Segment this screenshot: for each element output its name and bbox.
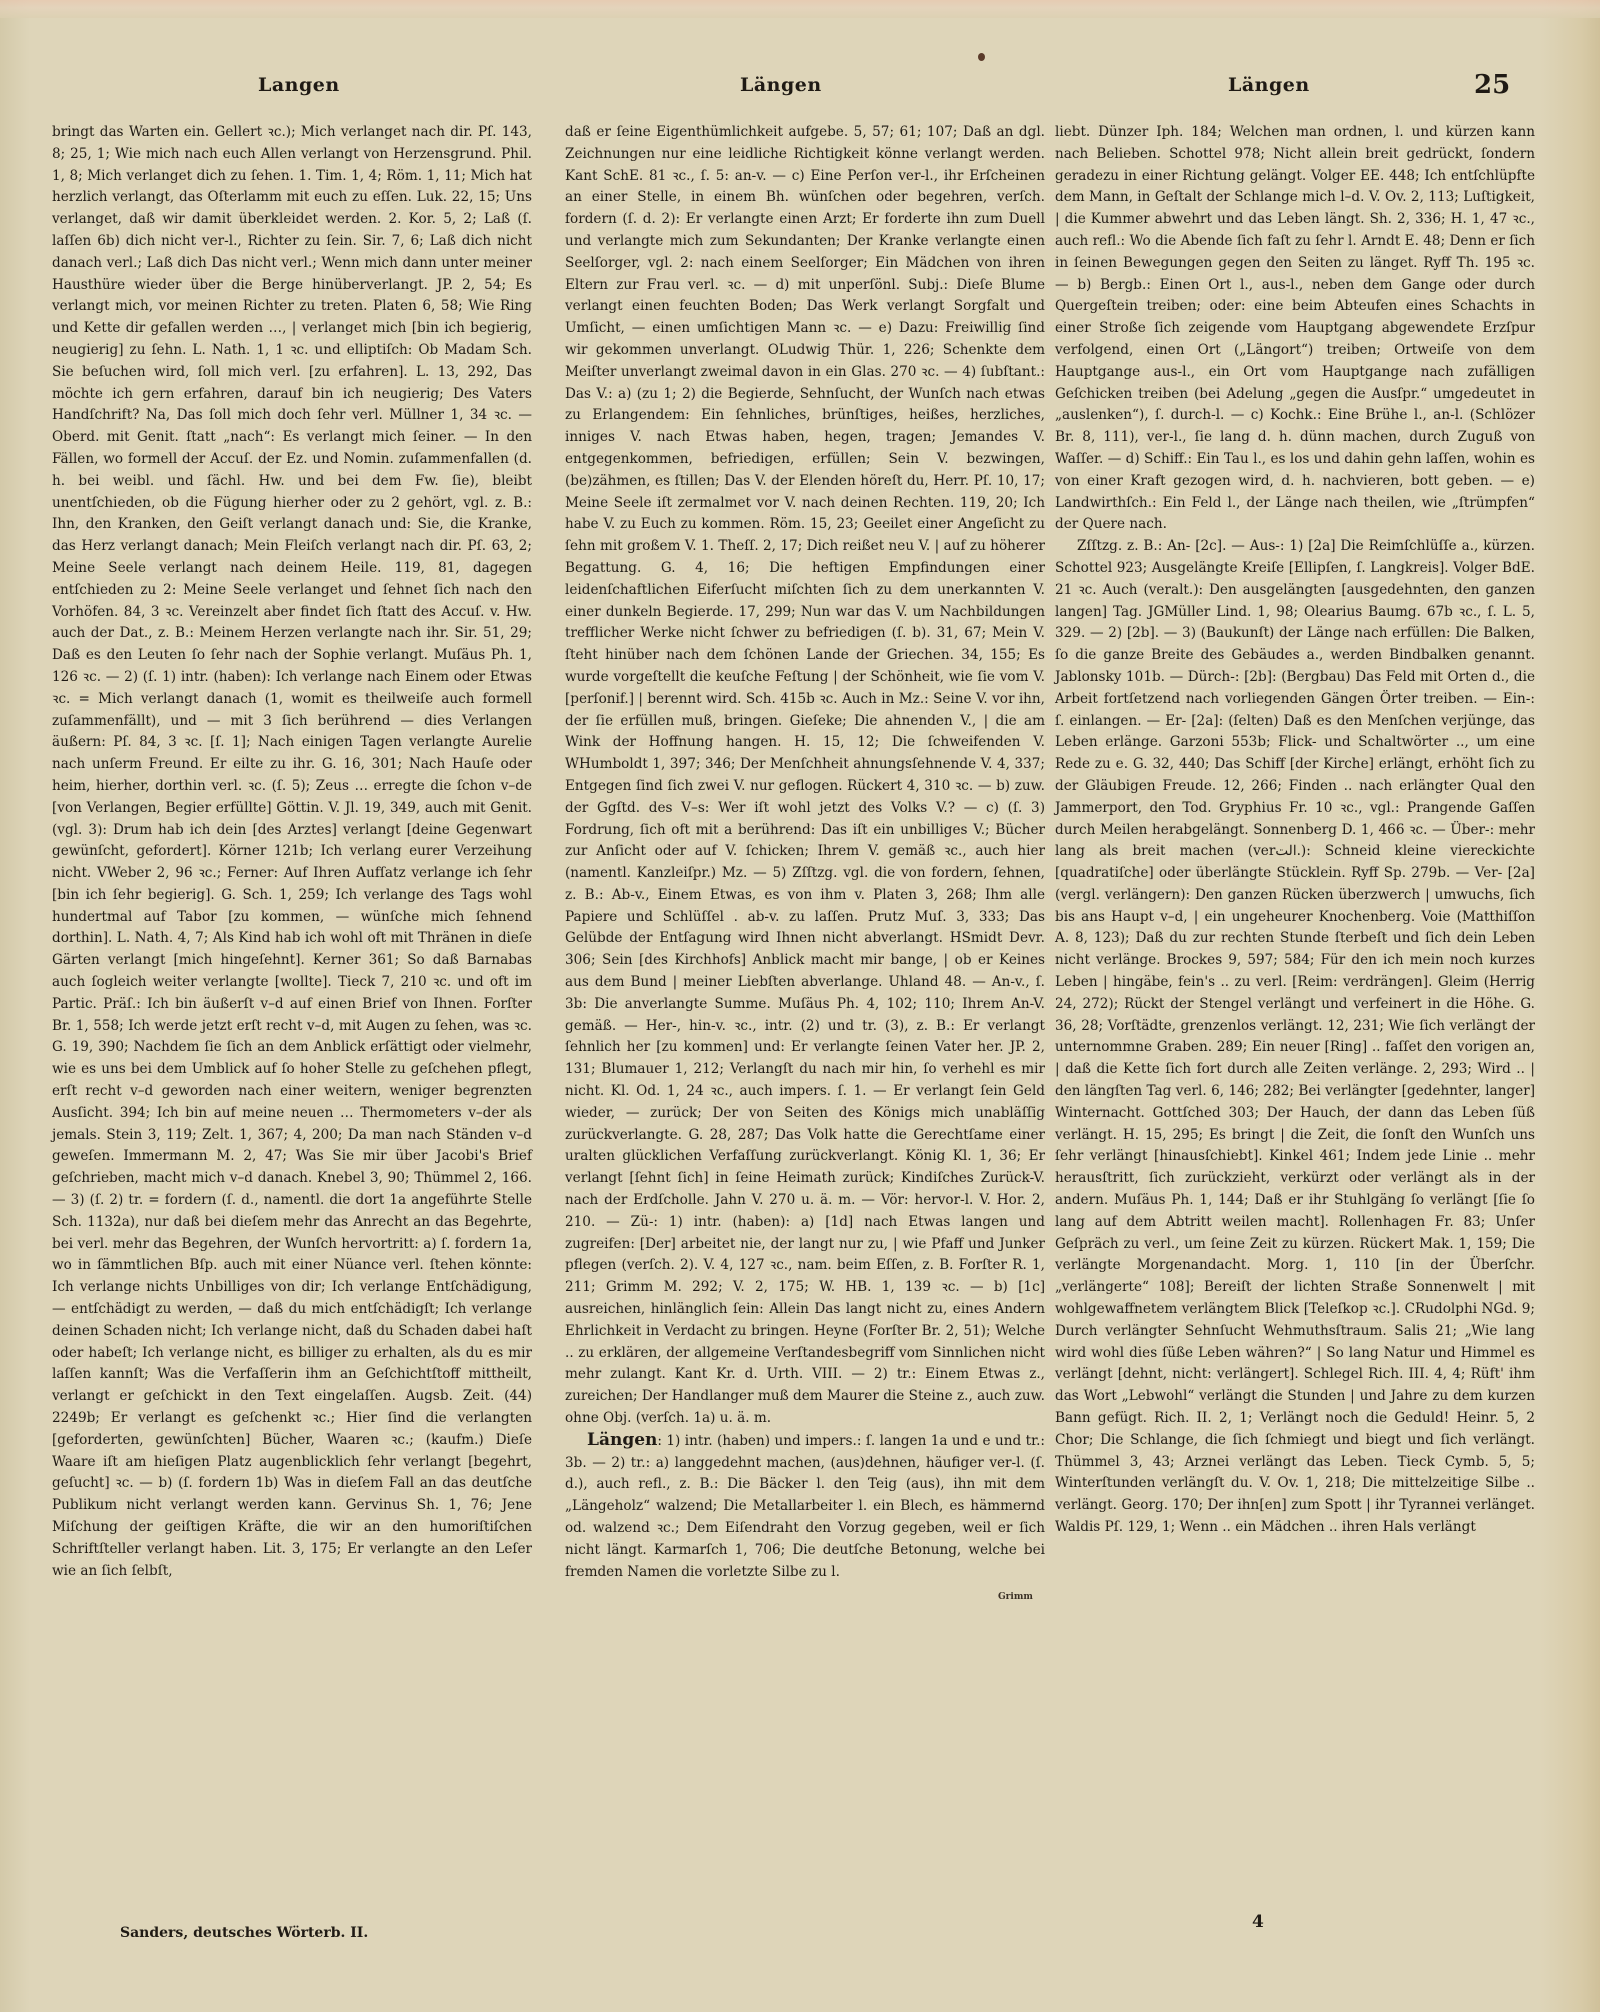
signature-mark: 4 xyxy=(1252,1912,1264,1932)
column-2-text: daß er ſeine Eigenthümlichkeit aufgebe. … xyxy=(565,122,1045,1430)
page-top-edge xyxy=(0,0,1600,18)
column-3-text: liebt. Dünzer Iph. 184; Welchen man ordn… xyxy=(1055,122,1535,536)
column-1-text: bringt das Warten ein. Gellert ꝛc.); Mic… xyxy=(52,122,532,1582)
running-head-center: Längen xyxy=(740,74,822,96)
library-stamp: Grimm xyxy=(998,1592,1033,1602)
headword: Längen xyxy=(587,1430,657,1450)
entry-laengen: Längen: 1) intr. (haben) und impers.: ſ.… xyxy=(565,1430,1045,1584)
running-head-right: Längen xyxy=(1228,74,1310,96)
footer-imprint: Sanders, deutsches Wörterb. II. xyxy=(120,1925,368,1941)
running-head-left: Langen xyxy=(258,74,340,96)
page-number: 25 xyxy=(1474,70,1510,100)
column-2: daß er ſeine Eigenthümlichkeit aufgebe. … xyxy=(565,122,1045,1583)
column-1: bringt das Warten ein. Gellert ꝛc.); Mic… xyxy=(52,122,532,1582)
entry-text: : 1) intr. (haben) und impers.: ſ. lange… xyxy=(565,1433,1045,1580)
compounds-paragraph: Zſſtzg. z. B.: An- [2c]. — Aus-: 1) [2a]… xyxy=(1055,536,1535,1539)
column-3: liebt. Dünzer Iph. 184; Welchen man ordn… xyxy=(1055,122,1535,1539)
page-header: Langen Längen Längen 25 xyxy=(0,74,1600,114)
ink-spot xyxy=(978,53,985,61)
